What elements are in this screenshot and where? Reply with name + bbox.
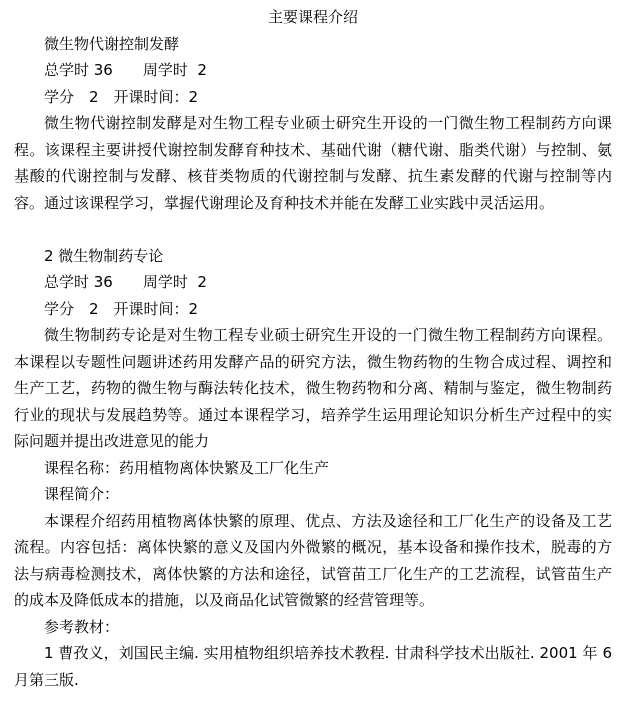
page-title: 主要课程介绍 — [14, 4, 612, 31]
course2-description: 微生物制药专论是对生物工程专业硕士研究生开设的一门微生物工程制药方向课程。本课程… — [14, 322, 612, 455]
course2-hours-line: 总学时 36 周学时 2 — [14, 269, 612, 296]
course3-description: 本课程介绍药用植物离体快繁的原理、优点、方法及途径和工厂化生产的设备及工艺流程。… — [14, 508, 612, 614]
course1-credit-line: 学分 2 开课时间：2 — [14, 84, 612, 111]
references-label: 参考教材： — [14, 614, 612, 641]
course1-name: 微生物代谢控制发酵 — [14, 31, 612, 58]
blank-line — [14, 216, 612, 243]
document-page: 主要课程介绍 微生物代谢控制发酵 总学时 36 周学时 2 学分 2 开课时间：… — [0, 0, 624, 702]
course1-hours-line: 总学时 36 周学时 2 — [14, 57, 612, 84]
course1-description: 微生物代谢控制发酵是对生物工程专业硕士研究生开设的一门微生物工程制药方向课程。该… — [14, 110, 612, 216]
course2-credit-line: 学分 2 开课时间：2 — [14, 296, 612, 323]
reference-item-1: 1 曹孜义，刘国民主编. 实用植物组织培养技术教程. 甘肃科学技术出版社. 20… — [14, 640, 612, 693]
course3-name-line: 课程名称：药用植物离体快繁及工厂化生产 — [14, 455, 612, 482]
course2-name: 2 微生物制药专论 — [14, 243, 612, 270]
course3-intro-label: 课程简介： — [14, 481, 612, 508]
